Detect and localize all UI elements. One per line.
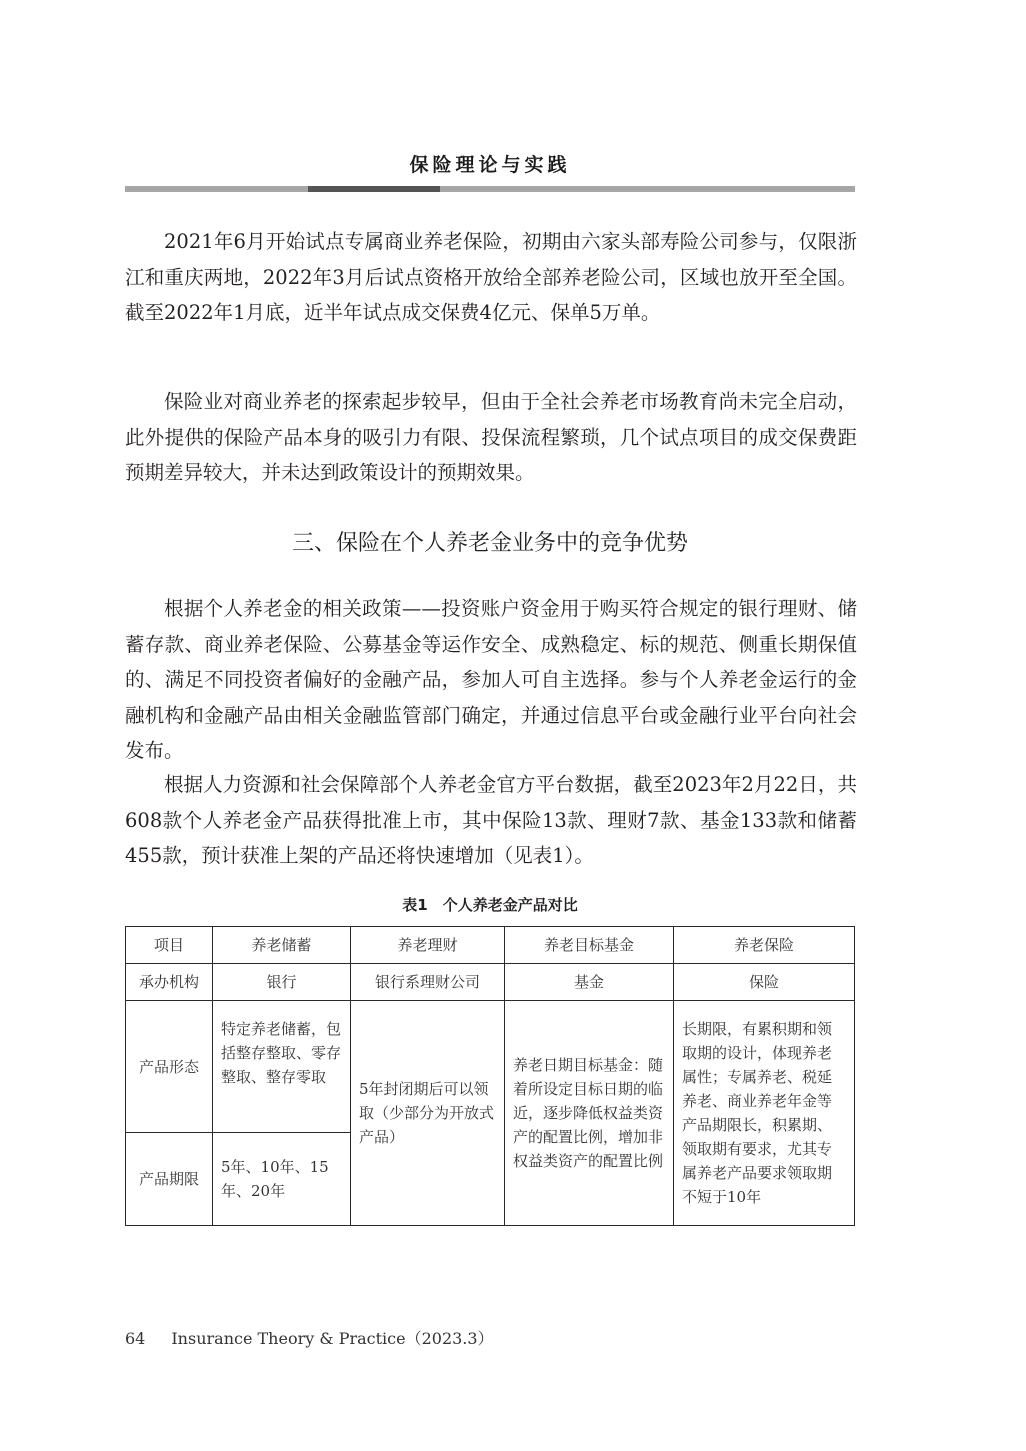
- header-cell: 养老理财: [351, 927, 505, 964]
- table-caption: 表1 个人养老金产品对比: [125, 894, 855, 915]
- header-cell: 养老保险: [674, 927, 855, 964]
- header-rule: [125, 186, 855, 192]
- paragraph-policy: 根据个人养老金的相关政策——投资账户资金用于购买符合规定的银行理财、储蓄存款、商…: [125, 591, 857, 769]
- row-label: 产品形态: [126, 1001, 213, 1133]
- table-cell: 保险: [674, 964, 855, 1001]
- paragraph-pilot-program: 2021年6月开始试点专属商业养老保险，初期由六家头部寿险公司参与，仅限浙江和重…: [125, 224, 857, 331]
- table-cell: 基金: [505, 964, 674, 1001]
- table-cell: 长期限，有累积期和领取期的设计，体现养老属性；专属养老、税延养老、商业养老年金等…: [674, 1001, 855, 1226]
- section-title: 三、保险在个人养老金业务中的竞争优势: [125, 526, 855, 557]
- page-number: 64: [125, 1329, 145, 1348]
- page-footer: 64Insurance Theory & Practice（2023.3）: [125, 1326, 494, 1349]
- table-cell: 特定养老储蓄，包括整存整取、零存整取、整存零取: [213, 1001, 351, 1133]
- table-cell: 5年、10年、15年、20年: [213, 1133, 351, 1226]
- row-label: 承办机构: [126, 964, 213, 1001]
- header-cell: 养老储蓄: [213, 927, 351, 964]
- paragraph-statistics: 根据人力资源和社会保障部个人养老金官方平台数据，截至2023年2月22日，共60…: [125, 767, 857, 874]
- header-cell: 养老目标基金: [505, 927, 674, 964]
- row-label: 产品期限: [126, 1133, 213, 1226]
- running-head-title: 保险理论与实践: [125, 150, 855, 177]
- table-cell: 银行系理财公司: [351, 964, 505, 1001]
- table-row-institution: 承办机构 银行 银行系理财公司 基金 保险: [126, 964, 855, 1001]
- table-row-form: 产品形态 特定养老储蓄，包括整存整取、零存整取、整存零取 5年封闭期后可以领取（…: [126, 1001, 855, 1133]
- header-rule-accent: [308, 186, 440, 192]
- header-cell: 项目: [126, 927, 213, 964]
- table-cell: 5年封闭期后可以领取（少部分为开放式产品）: [351, 1001, 505, 1226]
- journal-name: Insurance Theory & Practice（2023.3）: [171, 1329, 493, 1348]
- table-header-row: 项目 养老储蓄 养老理财 养老目标基金 养老保险: [126, 927, 855, 964]
- table-cell: 养老日期目标基金：随着所设定目标日期的临近，逐步降低权益类资 产的配置比例，增加…: [505, 1001, 674, 1226]
- table-cell: 银行: [213, 964, 351, 1001]
- paragraph-exploration: 保险业对商业养老的探索起步较早，但由于全社会养老市场教育尚未完全启动，此外提供的…: [125, 384, 857, 491]
- product-comparison-table: 项目 养老储蓄 养老理财 养老目标基金 养老保险 承办机构 银行 银行系理财公司…: [125, 926, 855, 1226]
